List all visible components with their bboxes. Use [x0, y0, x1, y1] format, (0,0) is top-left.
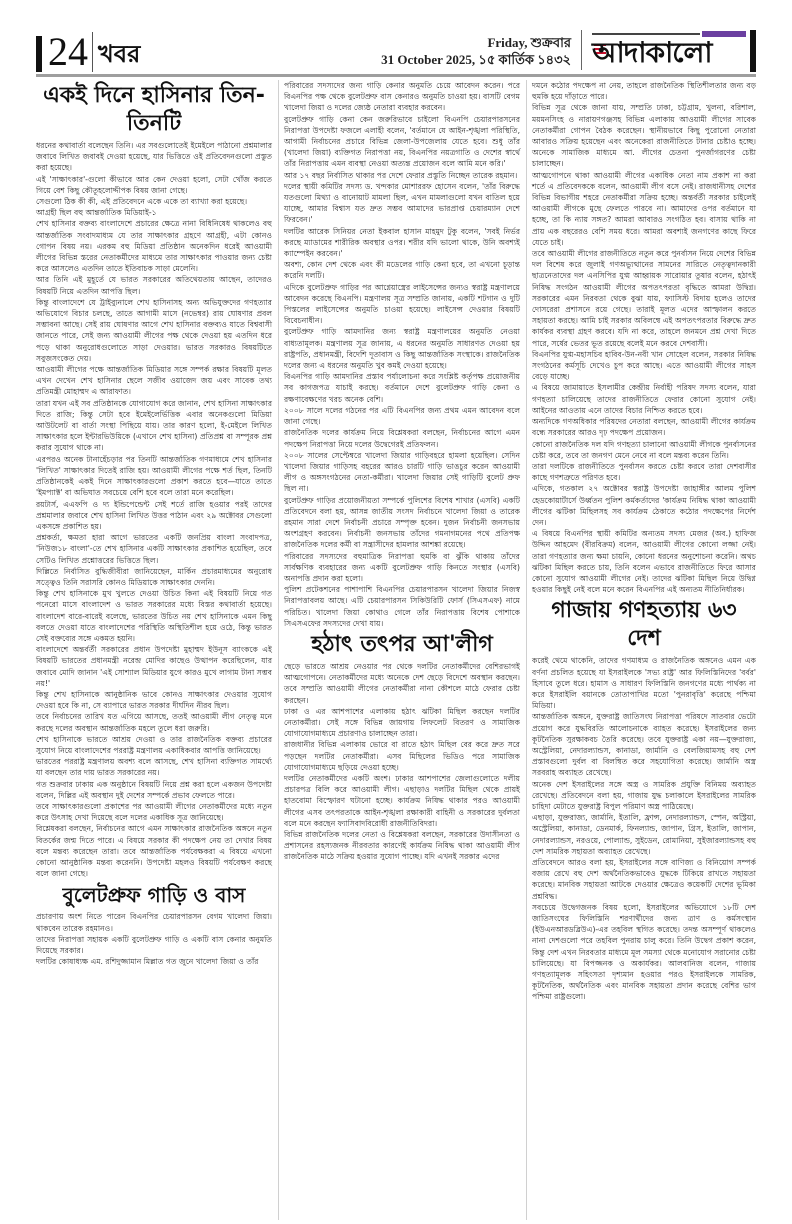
paragraph: আত্মগোপনে থাকা আওয়ামী লীগের একাধিক নেতা…: [532, 170, 756, 248]
paragraph: ধরনের কথাবার্তা বলেছেন তিনি। এর সবগুলোতে…: [36, 140, 272, 174]
paragraph: আর ১৭ বছর নির্বাসিত থাকার পর দেশে ফেরার …: [284, 170, 520, 181]
page-number-bar: [36, 36, 42, 72]
logo-text: আদাকালো: [592, 36, 711, 70]
paragraph: দমনে কঠোর পদক্ষেপ না নেয়, তাহলে রাজনৈতি…: [532, 80, 756, 102]
date-block: Friday, শুক্রবার 31 October 2025, ১৫ কার…: [381, 34, 571, 68]
paragraph: পরিবারের সদস্যদের বহুমাত্রিক নিরাপত্তা হ…: [284, 551, 520, 585]
paragraph: দলটির কোষাধ্যক্ষ এম. রশিদুজ্জামান মিল্লা…: [36, 956, 272, 967]
paragraph: বুলেটপ্রুফ গাড়ির প্রয়োজনীয়তা সম্পর্কে…: [284, 495, 520, 551]
day-label: Friday, শুক্রবার: [381, 34, 571, 51]
paragraph: আর তিনি এই মুহূর্তে যে ভারত সরকারের অতিথ…: [36, 274, 272, 296]
paragraph: কোনো রাজনৈতিক দল যদি গণহত্যা চালানো আওয়…: [532, 439, 756, 461]
paragraph: অবশ্য, কোন দেশ থেকে এবং কী মডেলের গাড়ি …: [284, 259, 520, 281]
paragraph: বিভিন্ন রাজনৈতিক দলের নেতা ও বিশ্লেষকরা …: [284, 829, 520, 863]
right-column: দমনে কঠোর পদক্ষেপ না নেয়, তাহলে রাজনৈতি…: [532, 80, 756, 1003]
paragraph: অনেক দেশ ইসরাইলের সঙ্গে অস্ত্র ও সামরিক …: [532, 779, 756, 813]
paragraph: বুলেটপ্রুফ গাড়ি আমদানির জন্য স্বরাষ্ট্র…: [284, 326, 520, 371]
paragraph: রাজনৈতিক দলের কার্যক্রম নিয়ে বিশ্লেষকরা…: [284, 427, 520, 449]
paragraph: এই 'সাক্ষাৎকার'-গুলো কীভাবে আর কেন দেওয়…: [36, 174, 272, 196]
paragraph: এছাড়া, যুক্তরাজ্য, জার্মানি, ইতালি, ফ্র…: [532, 812, 756, 857]
paragraph: বিএনপির যুগ্ম-মহাসচিব হাবিব-উন-নবী খান স…: [532, 349, 756, 383]
paragraph: দিল্লিতে নির্বাসিত বুদ্ধিজীবীরা জানিয়েছ…: [36, 566, 272, 588]
masthead: 24 খবর Friday, শুক্রবার 31 October 2025,…: [36, 30, 756, 74]
article-headline: একই দিনে হাসিনার তিন-তিনটি: [36, 82, 272, 138]
paragraph: প্রতিবেদনে আরও বলা হয়, ইসরাইলের সঙ্গে ব…: [532, 857, 756, 902]
section-title: খবর: [98, 36, 140, 72]
divider: [92, 32, 93, 72]
paragraph: পরিবারের সদস্যদের জন্য গাড়ি কেনার অনুমত…: [284, 80, 520, 114]
paragraph: অন্যদিকে গণঅধিকার পরিষদের নেতারা বলছেন, …: [532, 416, 756, 438]
logo-bar: [750, 30, 756, 72]
paragraph: রাজধানীর বিভিন্ন এলাকায় ভোরে বা রাতে হঠ…: [284, 739, 520, 773]
paragraph: বাংলাদেশে অন্তর্বর্তী সরকারের প্রধান উপদ…: [36, 644, 272, 689]
paragraph: কিন্তু শেখ হাসিনাকে আনুষ্ঠানিক ভাবে কোনও…: [36, 689, 272, 711]
sub-headline: বুলেটপ্রুফ গাড়ি ও বাস: [36, 881, 272, 909]
middle-column: পরিবারের সদস্যদের জন্য গাড়ি কেনার অনুমত…: [284, 80, 520, 863]
paragraph: ঢাকা ও এর আশপাশের এলাকায় হঠাৎ ঝটিকা মিছ…: [284, 706, 520, 740]
paragraph: করেই থেমে থাকেনি, তাদের গণমাধ্যম ও রাজনৈ…: [532, 655, 756, 711]
column-divider: [526, 80, 527, 1220]
paragraph: আওয়ামী লীগের পক্ষে আন্তর্জাতিক মিডিয়ার…: [36, 364, 272, 398]
paragraph: এদিকে বুলেটপ্রুফ গাড়ির পর আগ্নেয়াস্ত্র…: [284, 282, 520, 327]
paragraph: তাদের নিরাপত্তা সহায়ক একটি বুলেটপ্রুফ গ…: [36, 934, 272, 956]
paragraph: বিএনপির গাড়ি আমদানির প্রস্তাব পর্যালোচন…: [284, 371, 520, 405]
paragraph: শেখ হাসিনার বক্তব্য বাংলাদেশে প্রচারের ক…: [36, 218, 272, 274]
paragraph: আন্তর্জাতিক অঙ্গনে, যুক্তরাষ্ট্র জাতিসংঘ…: [532, 711, 756, 778]
paragraph: দলটির নেতাকর্মীদের একটি অংশ। ঢাকার আশপাশ…: [284, 773, 520, 829]
paragraph: বুলেটপ্রুফ গাড়ি কেনা কেন জরুরিভাবে চাইল…: [284, 114, 520, 170]
paragraph: দলের স্থায়ী কমিটির সদস্য ড. খন্দকার মোশ…: [284, 181, 520, 226]
paragraph: প্রচারণায় অংশ নিতে পারেন বিএনপির চেয়ার…: [36, 911, 272, 933]
paragraph: এ বিষয়ে জামায়াতে ইসলামীর কেন্দ্রীয় নি…: [532, 382, 756, 416]
paragraph: বিভিন্ন সূত্র থেকে জানা যায়, সম্প্রতি ঢ…: [532, 102, 756, 169]
paragraph: তারা দলটিকে রাজনীতিতে পুনর্বাসন করতে চেষ…: [532, 461, 756, 483]
sub-headline: গাজায় গণহত্যায় ৬৩ দেশ: [532, 597, 756, 653]
paragraph: তবে নির্বাচনের তারিখ যত এগিয়ে আসছে, ততই…: [36, 711, 272, 733]
paragraph: দলটির আরেক সিনিয়র নেতা ইকবাল হাসান মাহম…: [284, 226, 520, 260]
paragraph: ২০০৮ সালে দলের গঠনের পর এটি বিএনপির জন্য…: [284, 405, 520, 427]
paragraph: তবে আওয়ামী লীগের রাজনীতিতে নতুন করে পুন…: [532, 248, 756, 349]
date-label: 31 October 2025, ১৫ কার্তিক ১৪৩২: [381, 51, 571, 68]
paragraph: সেগুলো ঠিক কী কী, এই প্রতিবেদনে একে একে …: [36, 196, 272, 207]
sub-headline: হঠাৎ তৎপর আ'লীগ: [284, 631, 520, 659]
paragraph: ভারতের পররাষ্ট্র মন্ত্রণালয় অবশ্য বলে আ…: [36, 756, 272, 778]
paragraph: এ বিষয়ে বিএনপির স্থায়ী কমিটির অন্যতম স…: [532, 528, 756, 595]
paragraph: তবে সাক্ষাৎকারগুলো প্রকাশের পর আওয়ামী ল…: [36, 801, 272, 823]
paragraph: এদিকে, গতকাল ২৭ অক্টোবর স্বরাষ্ট্র উপদেষ…: [532, 483, 756, 528]
left-column: একই দিনে হাসিনার তিন-তিনটি ধরনের কথাবার্…: [36, 80, 272, 967]
newspaper-logo: আদাকালো: [586, 30, 756, 72]
paragraph: গত শুক্রবার ঢাকায় এক অনুষ্ঠানে বিষয়টি …: [36, 779, 272, 801]
paragraph: এরপরও অনেক টানাহেঁচড়ার পর তিনটি আন্তর্জ…: [36, 454, 272, 499]
paragraph: বিশ্লেষকরা বলছেন, নির্বাচনের আগে এমন সাক…: [36, 823, 272, 879]
paragraph: কিন্তু বাংলাদেশে যে ট্রাইব্যুনালে শেখ হা…: [36, 297, 272, 364]
paragraph: ছেড়ে ভারতে আশ্রয় নেওয়ার পর থেকে দলটির…: [284, 661, 520, 706]
paragraph: প্রশ্নকর্তা, ক্ষমতা হারা আগে ভারতের একটি…: [36, 532, 272, 566]
paragraph: আগ্রহী ছিল বহু আন্তর্জাতিক মিডিয়াই-১: [36, 207, 272, 218]
divider: [581, 30, 582, 70]
paragraph: শেখ হাসিনাকে ভারতে আশ্রয় দেওয়া ও তার র…: [36, 734, 272, 756]
paragraph: ২০০৮ সালের সেপ্টেম্বরে খালেদা জিয়ার গাড…: [284, 450, 520, 495]
paragraph: তারা যখন এই সব প্রতিষ্ঠানকে যোগাযোগ করে …: [36, 398, 272, 454]
paragraph: সবচেয়ে উদ্বেগজনক বিষয় হলো, ইসরাইলের অভ…: [532, 902, 756, 1003]
page-number: 24: [48, 30, 88, 74]
header-rule: [36, 74, 756, 77]
logo-rule: [592, 33, 700, 35]
paragraph: রয়টার্স, এএফপি ও দ্য ইন্ডিপেন্ডেন্ট সেই…: [36, 499, 272, 533]
paragraph: কিন্তু শেখ হাসিনাকে মুখ খুলতে দেওয়া উচি…: [36, 588, 272, 644]
column-divider: [278, 80, 279, 1220]
paragraph: পুলিশ প্রটেকশনের পাশাপাশি বিএনপির চেয়ার…: [284, 584, 520, 629]
